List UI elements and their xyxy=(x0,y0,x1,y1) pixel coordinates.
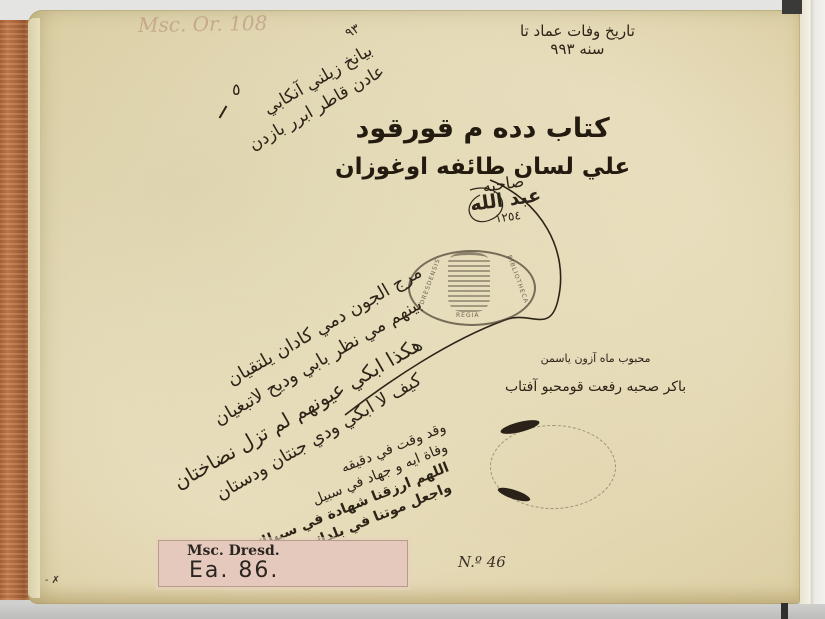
date-note-line: تاريخ وفات عماد تا xyxy=(520,22,635,40)
page-edge xyxy=(28,18,40,598)
date-note-line: سنه ٩٩٣ xyxy=(520,40,635,58)
poem-block: مرج الجون دمي كادان يلتقيان بينهم مي نظر… xyxy=(170,230,400,430)
title-line-1: كتاب دده م قورقود xyxy=(335,110,630,148)
viewer-bottom-bar xyxy=(0,604,825,619)
pencil-mark: - ✗ xyxy=(45,575,60,586)
book-spine xyxy=(0,20,30,600)
date-note: تاريخ وفات عماد تا سنه ٩٩٣ xyxy=(520,22,635,58)
old-shelfmark: Msc. Or. 108 xyxy=(138,11,268,37)
label-collection: Msc. Dresd. xyxy=(187,543,280,559)
couplet-line: محبوب ماه آزون ياسمن xyxy=(505,345,686,373)
viewer-marker-bottom xyxy=(781,603,788,619)
library-shelfmark-label: Msc. Dresd. Ea. 86. xyxy=(158,540,408,587)
viewer-marker-top xyxy=(782,0,802,14)
couplet-line: باكر صحبه رفعت قومحبو آفتاب xyxy=(505,373,686,401)
margin-note-numeral: ٥ xyxy=(232,80,241,99)
label-shelfmark: Ea. 86. xyxy=(189,558,279,583)
item-number-note: N.º 46 xyxy=(458,553,506,571)
viewer-right-edge xyxy=(800,0,825,619)
stamp-text-bottom: REGIA xyxy=(456,312,479,319)
stamp-coat-of-arms-icon xyxy=(448,258,490,312)
persian-couplet: محبوب ماه آزون ياسمن باكر صحبه رفعت قومح… xyxy=(505,345,686,401)
prayer-block: وقد وقت في دقيقه وفاة ايه و جهاد في سبيل… xyxy=(175,410,445,540)
